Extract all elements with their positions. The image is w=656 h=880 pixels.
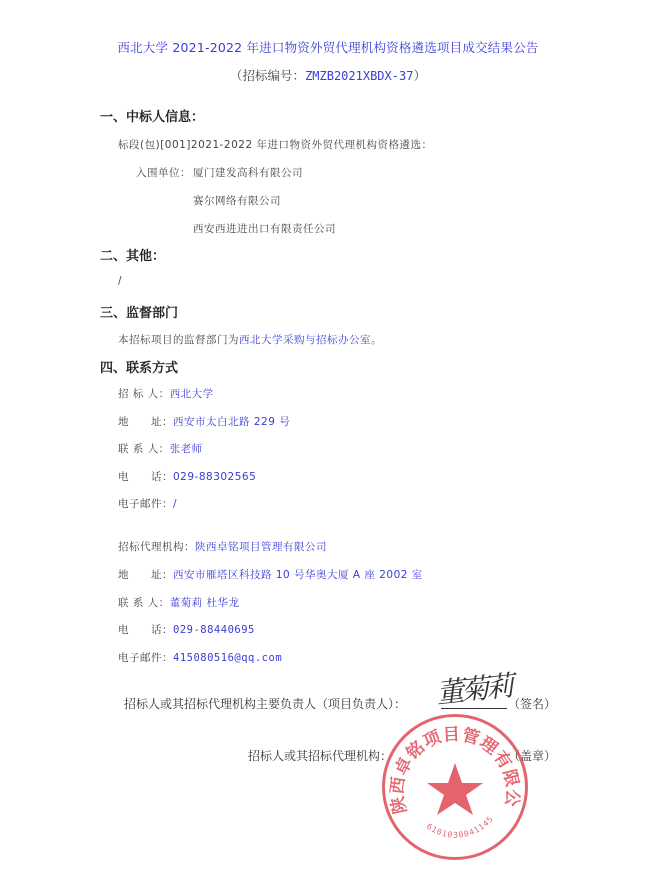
tenderer-name: 西北大学 (170, 388, 214, 400)
shortlist-label: 入围单位： (136, 165, 191, 180)
shortlisted-company: 厦门建发高科有限公司 (193, 165, 303, 180)
lot-description: 标段(包)[001]2021-2022 年进口物资外贸代理机构资格遴选： (118, 137, 433, 152)
section-heading-contact: 四、联系方式 (100, 357, 178, 376)
agency-phone-row: 电 话：029-88440695 (118, 622, 255, 637)
agency-email-row: 电子邮件：415080516@qq.com (118, 650, 282, 665)
tenderer-contact: 张老师 (170, 443, 203, 455)
official-seal: 陕西卓铭项目管理有限公司 6101030041145 (382, 714, 528, 860)
responsible-person-label: 招标人或其招标代理机构主要负责人（项目负责人）： (124, 695, 406, 712)
signature-suffix: （签名） (508, 695, 556, 712)
svg-text:6101030041145: 6101030041145 (425, 814, 496, 840)
agency-phone: 029-88440695 (173, 624, 255, 636)
tenderer-address: 西安市太白北路 229 号 (173, 416, 290, 428)
shortlisted-company: 赛尔网络有限公司 (193, 193, 281, 208)
agency-address-row: 地 址：西安市雁塔区科技路 10 号华奥大厦 A 座 2002 室 (118, 567, 423, 582)
other-content: / (118, 275, 122, 287)
tenderer-email: / (173, 498, 177, 510)
tender-number-code: ZMZB2021XBDX-37 (305, 69, 413, 83)
tenderer-phone: 029-88302565 (173, 471, 256, 483)
agency-name: 陕西卓铭项目管理有限公司 (195, 541, 327, 553)
tenderer-name-row: 招 标 人：西北大学 (118, 386, 214, 401)
section-heading-supervision: 三、监督部门 (100, 302, 178, 321)
tenderer-address-row: 地 址：西安市太白北路 229 号 (118, 414, 290, 429)
tender-number: （招标编号：ZMZB2021XBDX-37） (0, 66, 656, 84)
tenderer-email-row: 电子邮件：/ (118, 496, 177, 511)
tender-number-suffix: ） (413, 68, 426, 83)
agency-email: 415080516@qq.com (173, 652, 282, 664)
shortlisted-company: 西安西进进出口有限责任公司 (193, 221, 336, 236)
supervision-dept: 西北大学采购与招标办公室 (239, 334, 371, 346)
agency-seal-label: 招标人或其招标代理机构： (248, 747, 392, 764)
agency-name-row: 招标代理机构：陕西卓铭项目管理有限公司 (118, 539, 327, 554)
tenderer-contact-row: 联 系 人：张老师 (118, 441, 203, 456)
seal-star-icon: 陕西卓铭项目管理有限公司 6101030041145 (385, 717, 525, 857)
handwritten-signature: 董菊莉 (434, 664, 513, 712)
section-heading-other: 二、其他： (100, 245, 165, 264)
document-title: 西北大学 2021-2022 年进口物资外贸代理机构资格遴选项目成交结果公告 (0, 38, 656, 56)
section-heading-winner: 一、中标人信息： (100, 106, 204, 125)
agency-address: 西安市雁塔区科技路 10 号华奥大厦 A 座 2002 室 (173, 569, 423, 581)
agency-contact: 董菊莉 杜华龙 (170, 597, 240, 609)
agency-contact-row: 联 系 人：董菊莉 杜华龙 (118, 595, 240, 610)
supervision-text: 本招标项目的监督部门为西北大学采购与招标办公室。 (118, 332, 382, 347)
tenderer-phone-row: 电 话：029-88302565 (118, 469, 256, 484)
tender-number-prefix: （招标编号： (230, 68, 305, 83)
